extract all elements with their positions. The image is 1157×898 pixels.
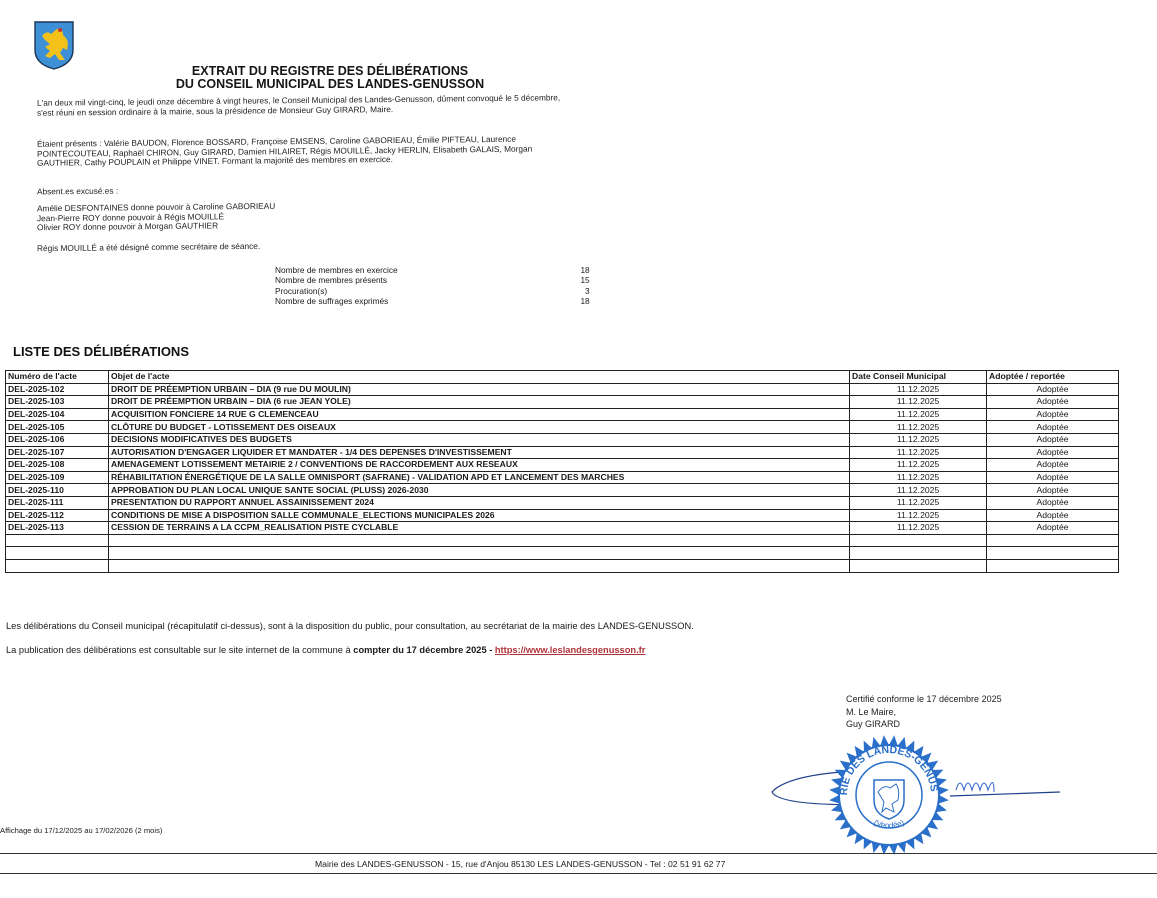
adoption-status-cell: Adoptée: [987, 459, 1119, 472]
act-subject-cell: ACQUISITION FONCIERE 14 RUE G CLEMENCEAU: [109, 408, 850, 421]
adoption-status-cell: Adoptée: [987, 421, 1119, 434]
act-number-cell: [6, 559, 109, 572]
adoption-status-cell: [987, 534, 1119, 547]
absent-label: Absent.es excusé.es :: [37, 187, 118, 197]
adoption-status-cell: Adoptée: [987, 396, 1119, 409]
act-subject-cell: [109, 534, 850, 547]
document-title: EXTRAIT DU REGISTRE DES DÉLIBÉRATIONS DU…: [100, 65, 560, 91]
adoption-status-cell: [987, 559, 1119, 572]
posting-period: Affichage du 17/12/2025 au 17/02/2026 (2…: [0, 826, 162, 835]
table-row: DEL-2025-113CESSION DE TERRAINS A LA CCP…: [6, 522, 1119, 535]
council-date-cell: 11.12.2025: [850, 433, 987, 446]
absent-item: Olivier ROY donne pouvoir à Morgan GAUTH…: [37, 221, 275, 233]
table-row: DEL-2025-106DECISIONS MODIFICATIVES DES …: [6, 433, 1119, 446]
council-date-cell: [850, 547, 987, 560]
table-row: DEL-2025-112CONDITIONS DE MISE A DISPOSI…: [6, 509, 1119, 522]
act-number-cell: DEL-2025-105: [6, 421, 109, 434]
stat-label: Nombre de suffrages exprimés: [275, 297, 398, 305]
availability-notice: Les délibérations du Conseil municipal (…: [6, 621, 694, 631]
column-header-act-number: Numéro de l'acte: [6, 371, 109, 384]
act-number-cell: DEL-2025-107: [6, 446, 109, 459]
table-row: [6, 534, 1119, 547]
intro-paragraph: L'an deux mil vingt-cinq, le jeudi onze …: [37, 93, 567, 118]
act-subject-cell: AMENAGEMENT LOTISSEMENT METAIRIE 2 / CON…: [109, 459, 850, 472]
adoption-status-cell: Adoptée: [987, 433, 1119, 446]
council-date-cell: 11.12.2025: [850, 509, 987, 522]
table-row: DEL-2025-111PRESENTATION DU RAPPORT ANNU…: [6, 496, 1119, 509]
adoption-status-cell: Adoptée: [987, 496, 1119, 509]
act-number-cell: DEL-2025-110: [6, 484, 109, 497]
act-subject-cell: DROIT DE PRÉEMPTION URBAIN – DIA (6 rue …: [109, 396, 850, 409]
council-date-cell: 11.12.2025: [850, 408, 987, 421]
footer-divider-bottom: [0, 873, 1157, 874]
table-row: DEL-2025-102DROIT DE PRÉEMPTION URBAIN –…: [6, 383, 1119, 396]
table-row: DEL-2025-110APPROBATION DU PLAN LOCAL UN…: [6, 484, 1119, 497]
act-number-cell: DEL-2025-111: [6, 496, 109, 509]
table-row: DEL-2025-105CLÔTURE DU BUDGET - LOTISSEM…: [6, 421, 1119, 434]
act-subject-cell: [109, 559, 850, 572]
column-header-council-date: Date Conseil Municipal: [850, 371, 987, 384]
adoption-status-cell: Adoptée: [987, 471, 1119, 484]
council-date-cell: 11.12.2025: [850, 459, 987, 472]
act-number-cell: DEL-2025-108: [6, 459, 109, 472]
adoption-status-cell: Adoptée: [987, 446, 1119, 459]
council-date-cell: 11.12.2025: [850, 484, 987, 497]
council-date-cell: [850, 534, 987, 547]
publication-text: La publication des délibérations est con…: [6, 645, 353, 655]
act-subject-cell: DROIT DE PRÉEMPTION URBAIN – DIA (9 rue …: [109, 383, 850, 396]
deliberations-list-title: LISTE DES DÉLIBÉRATIONS: [13, 344, 189, 359]
table-row: DEL-2025-108AMENAGEMENT LOTISSEMENT META…: [6, 459, 1119, 472]
council-date-cell: 11.12.2025: [850, 421, 987, 434]
adoption-status-cell: Adoptée: [987, 383, 1119, 396]
table-row: DEL-2025-103DROIT DE PRÉEMPTION URBAIN –…: [6, 396, 1119, 409]
deliberations-table: Numéro de l'acteObjet de l'acteDate Cons…: [5, 370, 1119, 573]
publication-date: compter du 17 décembre 2025 -: [353, 645, 495, 655]
act-number-cell: DEL-2025-113: [6, 522, 109, 535]
act-subject-cell: RÉHABILITATION ÉNERGÉTIQUE DE LA SALLE O…: [109, 471, 850, 484]
act-number-cell: DEL-2025-106: [6, 433, 109, 446]
certification-line: Certifié conforme le 17 décembre 2025: [846, 693, 1002, 706]
council-date-cell: 11.12.2025: [850, 496, 987, 509]
adoption-status-cell: Adoptée: [987, 522, 1119, 535]
act-number-cell: [6, 547, 109, 560]
adoption-status-cell: Adoptée: [987, 408, 1119, 421]
act-subject-cell: CESSION DE TERRAINS A LA CCPM_REALISATIO…: [109, 522, 850, 535]
table-row: [6, 547, 1119, 560]
lion-coat-of-arms-icon: [33, 20, 75, 70]
act-number-cell: DEL-2025-104: [6, 408, 109, 421]
table-row: DEL-2025-104ACQUISITION FONCIERE 14 RUE …: [6, 408, 1119, 421]
column-header-adoption-status: Adoptée / reportée: [987, 371, 1119, 384]
council-date-cell: 11.12.2025: [850, 383, 987, 396]
act-subject-cell: PRESENTATION DU RAPPORT ANNUEL ASSAINISS…: [109, 496, 850, 509]
table-row: [6, 559, 1119, 572]
absent-list: Amélie DESFONTAINES donne pouvoir à Caro…: [37, 202, 275, 233]
mayor-title: M. Le Maire,: [846, 706, 1002, 719]
stat-label: Nombre de membres présents: [275, 276, 398, 284]
certification-block: Certifié conforme le 17 décembre 2025 M.…: [846, 693, 1002, 731]
adoption-status-cell: Adoptée: [987, 509, 1119, 522]
act-number-cell: [6, 534, 109, 547]
title-line-2: DU CONSEIL MUNICIPAL DES LANDES-GENUSSON: [100, 78, 560, 91]
act-subject-cell: DECISIONS MODIFICATIVES DES BUDGETS: [109, 433, 850, 446]
attendance-stats: Nombre de membres en exercice18 Nombre d…: [273, 264, 592, 308]
footer-divider-top: [0, 853, 1157, 854]
table-row: DEL-2025-107AUTORISATION D'ENGAGER LIQUI…: [6, 446, 1119, 459]
council-date-cell: [850, 559, 987, 572]
column-header-act-subject: Objet de l'acte: [109, 371, 850, 384]
stat-value: 15: [400, 276, 590, 284]
act-subject-cell: CONDITIONS DE MISE A DISPOSITION SALLE C…: [109, 509, 850, 522]
stat-value: 3: [400, 287, 590, 295]
present-members-paragraph: Étaient présents : Valérie BAUDON, Flore…: [37, 134, 567, 168]
act-number-cell: DEL-2025-103: [6, 396, 109, 409]
act-subject-cell: APPROBATION DU PLAN LOCAL UNIQUE SANTE S…: [109, 484, 850, 497]
website-link[interactable]: https://www.leslandesgenusson.fr: [495, 645, 646, 655]
council-date-cell: 11.12.2025: [850, 471, 987, 484]
act-number-cell: DEL-2025-109: [6, 471, 109, 484]
act-number-cell: DEL-2025-102: [6, 383, 109, 396]
act-subject-cell: AUTORISATION D'ENGAGER LIQUIDER ET MANDA…: [109, 446, 850, 459]
mayor-name: Guy GIRARD: [846, 718, 1002, 731]
act-subject-cell: CLÔTURE DU BUDGET - LOTISSEMENT DES OISE…: [109, 421, 850, 434]
stat-value: 18: [400, 266, 590, 274]
stat-value: 18: [400, 297, 590, 305]
stat-label: Procuration(s): [275, 287, 398, 295]
town-hall-address: Mairie des LANDES-GENUSSON - 15, rue d'A…: [315, 859, 725, 869]
official-stamp-icon: MAIRIE DES LANDES-GENUSSON (Vendée): [828, 734, 950, 856]
secretary-line: Régis MOUILLÉ a été désigné comme secrét…: [37, 242, 260, 254]
act-subject-cell: [109, 547, 850, 560]
council-date-cell: 11.12.2025: [850, 396, 987, 409]
publication-notice: La publication des délibérations est con…: [6, 645, 645, 655]
table-header-row: Numéro de l'acteObjet de l'acteDate Cons…: [6, 371, 1119, 384]
table-row: DEL-2025-109RÉHABILITATION ÉNERGÉTIQUE D…: [6, 471, 1119, 484]
adoption-status-cell: [987, 547, 1119, 560]
council-date-cell: 11.12.2025: [850, 446, 987, 459]
adoption-status-cell: Adoptée: [987, 484, 1119, 497]
stat-label: Nombre de membres en exercice: [275, 266, 398, 274]
act-number-cell: DEL-2025-112: [6, 509, 109, 522]
council-date-cell: 11.12.2025: [850, 522, 987, 535]
